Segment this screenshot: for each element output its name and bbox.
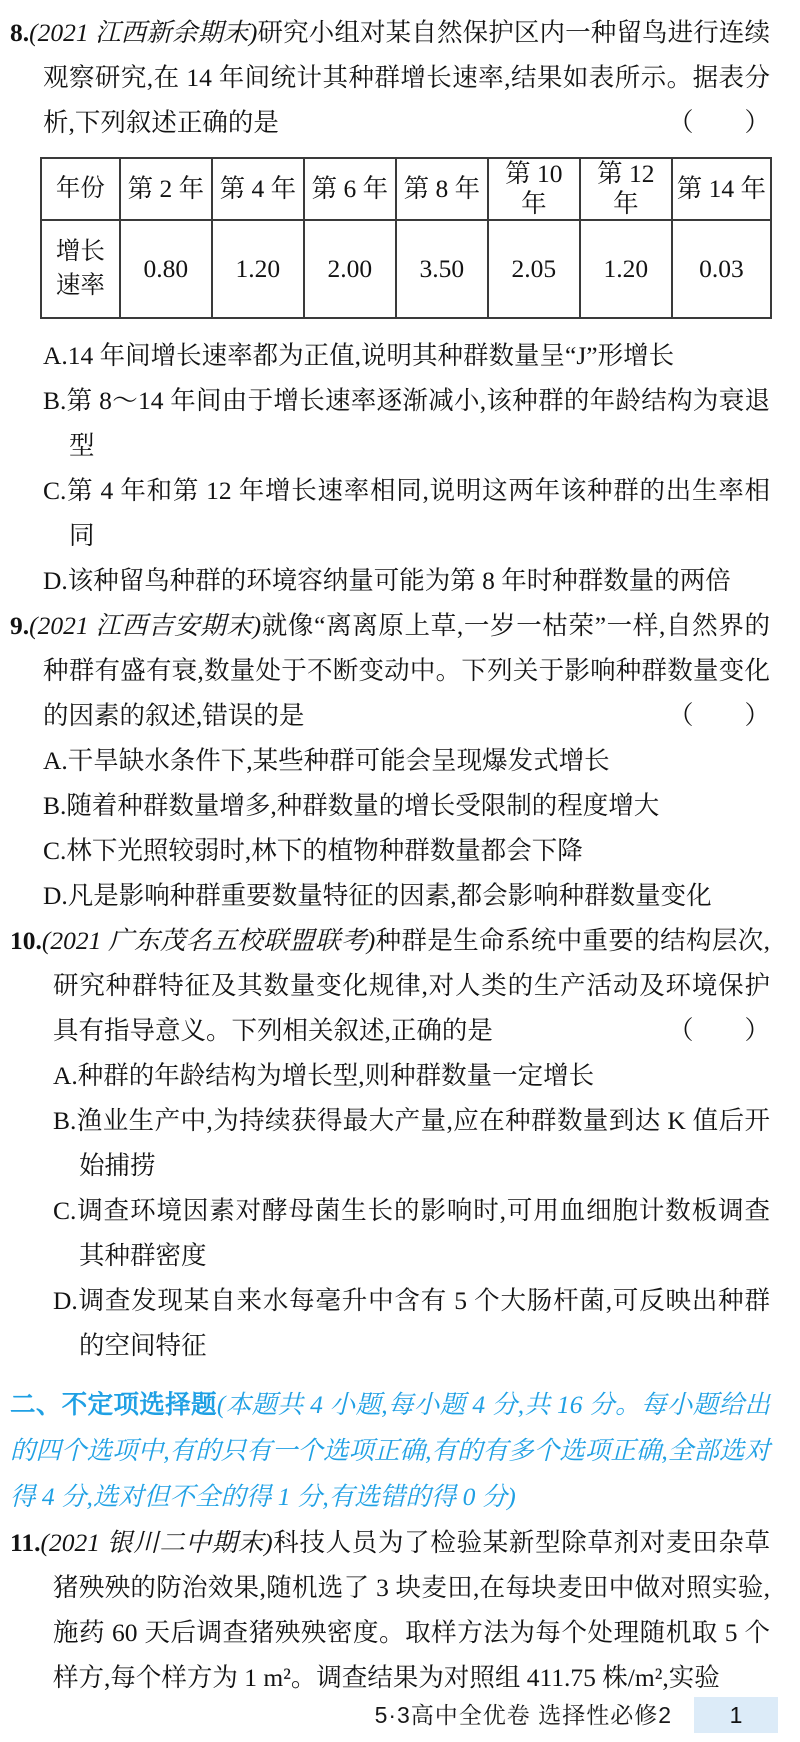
question-stem: 10.(2021 广东茂名五校联盟联考)种群是生命系统中重要的结构层次,研究种群… [10, 918, 770, 1053]
section-title: 二、不定项选择题 [10, 1391, 217, 1419]
question-number: 8. [10, 18, 29, 47]
option-d: D.凡是影响种群重要数量特征的因素,都会影响种群数量变化 [43, 873, 770, 918]
table-header-cell: 第 6 年 [304, 158, 396, 220]
option-c: C.第 4 年和第 12 年增长速率相同,说明这两年该种群的出生率相同 [43, 468, 770, 558]
table-header-cell: 第 8 年 [396, 158, 488, 220]
question-number: 10. [10, 926, 42, 955]
options: A.14 年间增长速率都为正值,说明其种群数量呈“J”形增长 B.第 8～14 … [43, 333, 770, 603]
table-value-cell: 3.50 [396, 220, 488, 318]
table-value-cell: 0.03 [672, 220, 771, 318]
question-source: (2021 广东茂名五校联盟联考) [42, 926, 375, 955]
table-value-cell: 2.05 [488, 220, 580, 318]
table-row-label: 增长速率 [41, 220, 120, 318]
answer-bracket: （ ） [668, 1008, 770, 1053]
question-8: 8.(2021 江西新余期末)研究小组对某自然保护区内一种留鸟进行连续观察研究,… [10, 10, 770, 603]
option-b: B.渔业生产中,为持续获得最大产量,应在种群数量到达 K 值后开始捕捞 [53, 1098, 770, 1188]
table-header-cell: 第 2 年 [120, 158, 212, 220]
table-value-cell: 2.00 [304, 220, 396, 318]
table-header-cell: 年份 [41, 158, 120, 220]
table-header-cell: 第 12 年 [580, 158, 672, 220]
option-d: D.该种留鸟种群的环境容纳量可能为第 8 年时种群数量的两倍 [43, 558, 770, 603]
options: A.干旱缺水条件下,某些种群可能会呈现爆发式增长 B.随着种群数量增多,种群数量… [43, 738, 770, 918]
table-header-cell: 第 10 年 [488, 158, 580, 220]
exam-page: { "questions": [ { "number": "8.", "sour… [0, 0, 800, 1742]
option-b: B.随着种群数量增多,种群数量的增长受限制的程度增大 [43, 783, 770, 828]
table-value-cell: 1.20 [580, 220, 672, 318]
answer-bracket: （ ） [668, 100, 770, 145]
table-value-row: 增长速率 0.80 1.20 2.00 3.50 2.05 1.20 0.03 [41, 220, 771, 318]
question-stem: 11.(2021 银川二中期末)科技人员为了检验某新型除草剂对麦田杂草猪殃殃的防… [10, 1520, 770, 1700]
question-10: 10.(2021 广东茂名五校联盟联考)种群是生命系统中重要的结构层次,研究种群… [10, 918, 770, 1368]
question-source: (2021 银川二中期末) [40, 1528, 272, 1557]
option-a: A.种群的年龄结构为增长型,则种群数量一定增长 [53, 1053, 770, 1098]
option-c: C.调查环境因素对酵母菌生长的影响时,可用血细胞计数板调查其种群密度 [53, 1188, 770, 1278]
question-source: (2021 江西新余期末) [29, 18, 257, 47]
question-stem: 9.(2021 江西吉安期末)就像“离离原上草,一岁一枯荣”一样,自然界的种群有… [10, 603, 770, 738]
growth-rate-table: 年份 第 2 年 第 4 年 第 6 年 第 8 年 第 10 年 第 12 年… [40, 157, 772, 319]
table-header-cell: 第 4 年 [212, 158, 304, 220]
section-header: 二、不定项选择题(本题共 4 小题,每小题 4 分,共 16 分。每小题给出的四… [10, 1382, 770, 1520]
answer-bracket: （ ） [668, 693, 770, 738]
footer-book-label: 5·3高中全优卷 选择性必修2 [375, 1697, 672, 1733]
table-header-cell: 第 14 年 [672, 158, 771, 220]
page-footer: 5·3高中全优卷 选择性必修2 1 [0, 1694, 800, 1736]
option-d: D.调查发现某自来水每毫升中含有 5 个大肠杆菌,可反映出种群的空间特征 [53, 1278, 770, 1368]
options: A.种群的年龄结构为增长型,则种群数量一定增长 B.渔业生产中,为持续获得最大产… [53, 1053, 770, 1368]
page-number-badge: 1 [694, 1697, 778, 1733]
option-a: A.干旱缺水条件下,某些种群可能会呈现爆发式增长 [43, 738, 770, 783]
question-source: (2021 江西吉安期末) [29, 611, 261, 640]
table-header-row: 年份 第 2 年 第 4 年 第 6 年 第 8 年 第 10 年 第 12 年… [41, 158, 771, 220]
option-b: B.第 8～14 年间由于增长速率逐渐减小,该种群的年龄结构为衰退型 [43, 378, 770, 468]
table-value-cell: 0.80 [120, 220, 212, 318]
question-number: 11. [10, 1528, 40, 1557]
question-stem: 8.(2021 江西新余期末)研究小组对某自然保护区内一种留鸟进行连续观察研究,… [10, 10, 770, 145]
table-value-cell: 1.20 [212, 220, 304, 318]
option-a: A.14 年间增长速率都为正值,说明其种群数量呈“J”形增长 [43, 333, 770, 378]
option-c: C.林下光照较弱时,林下的植物种群数量都会下降 [43, 828, 770, 873]
question-number: 9. [10, 611, 29, 640]
question-11: 11.(2021 银川二中期末)科技人员为了检验某新型除草剂对麦田杂草猪殃殃的防… [10, 1520, 770, 1700]
question-9: 9.(2021 江西吉安期末)就像“离离原上草,一岁一枯荣”一样,自然界的种群有… [10, 603, 770, 918]
